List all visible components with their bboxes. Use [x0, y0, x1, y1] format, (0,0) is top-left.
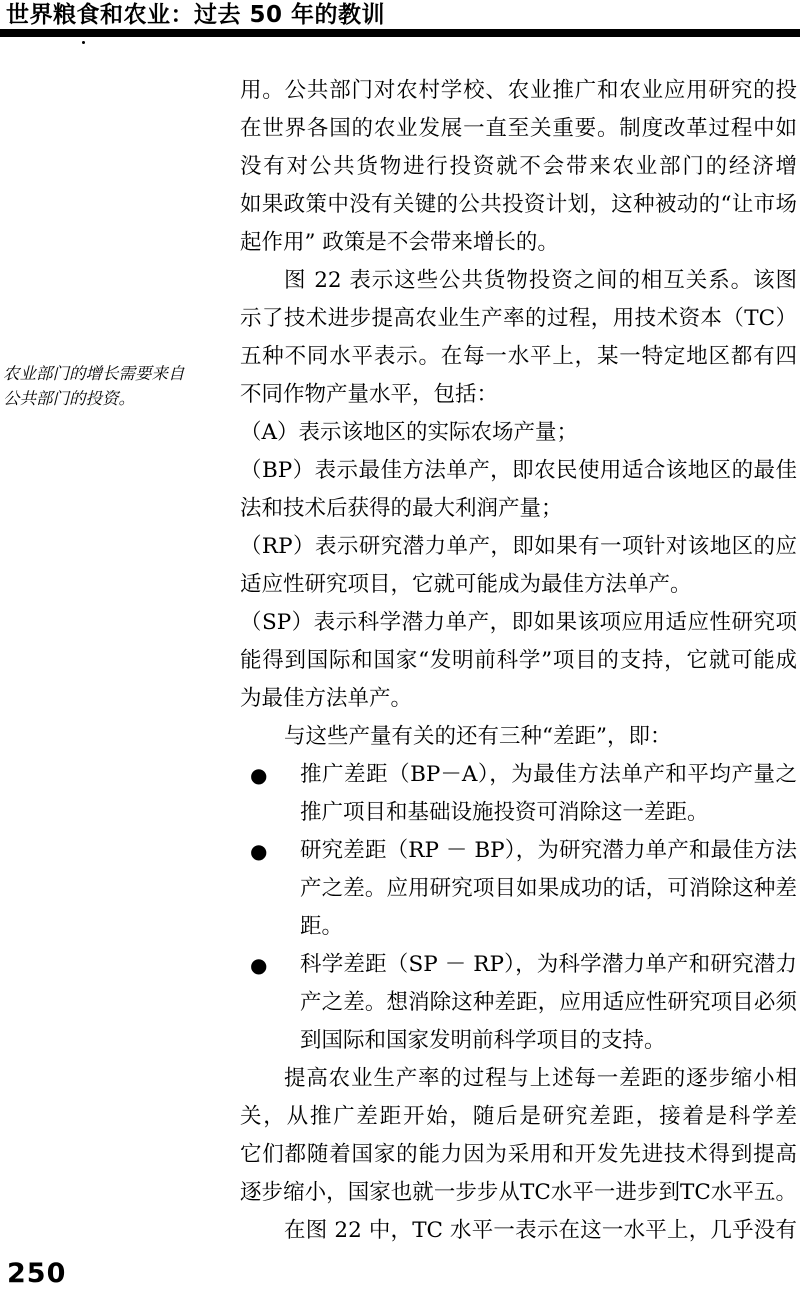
scan-speck — [782, 969, 784, 972]
body-line: 为最佳方法单产。 — [240, 680, 797, 718]
body-line: 到国际和国家发明前科学项目的支持。 — [240, 1022, 797, 1060]
scan-speck — [82, 41, 85, 44]
bullet-text: 科学差距（SP － RP），为科学潜力单产和研究潜力单 — [300, 952, 797, 984]
body-line: 适应性研究项目，它就可能成为最佳方法单产。 — [240, 566, 797, 604]
body-line: 逐步缩小，国家也就一步步从TC水平一进步到TC水平五。 — [240, 1174, 797, 1212]
header-rule — [0, 29, 800, 37]
body-line: 起作用” 政策是不会带来增长的。 — [240, 224, 797, 262]
body-line: 不同作物产量水平，包括： — [240, 376, 797, 414]
bullet-text: 推广差距（BP－A），为最佳方法单产和平均产量之差。 — [300, 762, 797, 794]
body-line: 图 22 表示这些公共货物投资之间的相互关系。该图揭 — [240, 262, 797, 300]
book-page: 世界粮食和农业：过去 50 年的教训 农业部门的增长需要来自 公共部门的投资。 … — [0, 0, 800, 1294]
margin-note-line: 农业部门的增长需要来自 — [3, 361, 233, 386]
margin-note-line: 公共部门的投资。 — [3, 386, 233, 411]
page-number: 250 — [7, 1258, 66, 1289]
body-line: 提高农业生产率的过程与上述每一差距的逐步缩小相 — [240, 1060, 797, 1098]
bullet-text: 研究差距（RP － BP），为研究潜力单产和最佳方法单 — [300, 838, 797, 870]
body-line: 在图 22 中，TC 水平一表示在这一水平上，几乎没有 — [240, 1212, 797, 1250]
body-line: 关，从推广差距开始，随后是研究差距，接着是科学差距， — [240, 1098, 797, 1136]
margin-note: 农业部门的增长需要来自 公共部门的投资。 — [3, 361, 233, 411]
bullet-icon: ● — [250, 832, 267, 870]
body-line: 能得到国际和国家“发明前科学”项目的支持，它就可能成 — [240, 642, 797, 680]
bullet-line: ●研究差距（RP － BP），为研究潜力单产和最佳方法单 — [240, 832, 797, 870]
bullet-line: ●推广差距（BP－A），为最佳方法单产和平均产量之差。 — [240, 756, 797, 794]
body-line: 如果政策中没有关键的公共投资计划，这种被动的“让市场 — [240, 186, 797, 224]
running-header-title: 世界粮食和农业：过去 50 年的教训 — [6, 1, 385, 29]
body-line: 法和技术后获得的最大利润产量； — [240, 490, 797, 528]
body-line: 产之差。应用研究项目如果成功的话，可消除这种差 — [240, 870, 797, 908]
body-line: 产之差。想消除这种差距，应用适应性研究项目必须得 — [240, 984, 797, 1022]
body-line: 五种不同水平表示。在每一水平上，某一特定地区都有四种 — [240, 338, 797, 376]
body-line: 与这些产量有关的还有三种“差距”，即： — [240, 718, 797, 756]
body-line: 在世界各国的农业发展一直至关重要。制度改革过程中如果 — [240, 110, 797, 148]
body-line: 它们都随着国家的能力因为采用和开发先进技术得到提高而 — [240, 1136, 797, 1174]
body-line: 没有对公共货物进行投资就不会带来农业部门的经济增长。 — [240, 148, 797, 186]
body-line: 示了技术进步提高农业生产率的过程，用技术资本（TC）的 — [240, 300, 797, 338]
bullet-icon: ● — [250, 946, 267, 984]
body-line: 用。公共部门对农村学校、农业推广和农业应用研究的投资 — [240, 72, 797, 110]
bullet-line: ●科学差距（SP － RP），为科学潜力单产和研究潜力单 — [240, 946, 797, 984]
body-line: （BP）表示最佳方法单产，即农民使用适合该地区的最佳方 — [240, 452, 797, 490]
body-line: 距。 — [240, 908, 797, 946]
body-line: 推广项目和基础设施投资可消除这一差距。 — [240, 794, 797, 832]
body-line: （A）表示该地区的实际农场产量； — [240, 414, 797, 452]
body-text-column: 用。公共部门对农村学校、农业推广和农业应用研究的投资在世界各国的农业发展一直至关… — [240, 72, 797, 1250]
body-line: （RP）表示研究潜力单产，即如果有一项针对该地区的应用 — [240, 528, 797, 566]
bullet-icon: ● — [250, 756, 267, 794]
body-line: （SP）表示科学潜力单产，即如果该项应用适应性研究项目 — [240, 604, 797, 642]
